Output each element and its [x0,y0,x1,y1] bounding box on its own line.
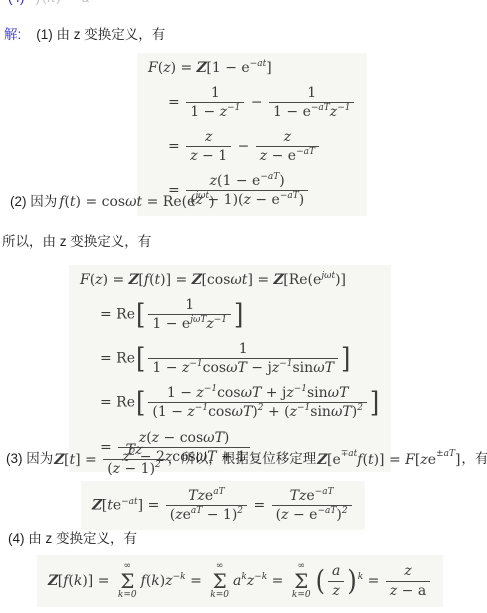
step2-inline-math: f(t) = cosωt = Re(ejωt) [59,194,214,210]
formula-row: Z[te−at] = TzeaT(zeaT − 1)2 = Tze−aT(z −… [92,488,354,523]
step3-inline-math-2: Z[e∓atf(t)] = F[ze±aT] [317,452,460,468]
formula-block-1: F(z) = Z[1 − e−at] = 11 − z−1 − 11 − e−a… [138,54,366,215]
step3-suffix: ，有 [461,451,487,468]
formula-row: Z[f(k)] = ∞Σk=0f(k)z−k = ∞Σk=0akz−k = ∞Σ… [48,562,432,600]
step1-heading-text: (1) 由 z 变换定义，有 [36,27,165,44]
step3-paragraph: (3) 因为 Z[t] = Tz(z − 1)2 ，所以，根据复位移定理 Z[e… [6,442,487,477]
step4-heading-text: (4) 由 z 变换定义，有 [8,531,137,546]
step2-paragraph: (2) 因为 f(t) = cosωt = Re(ejωt) [10,194,215,211]
step2-prefix: (2) 因为 [10,194,57,211]
step2-suoyi-text: 所以，由 z 变换定义，有 [2,234,151,249]
problem-4-label: (4) [8,0,25,7]
formula-block-3: Z[te−at] = TzeaT(zeaT − 1)2 = Tze−aT(z −… [82,482,364,529]
formula-row: = Re[11 − ejωTz−1] [100,297,380,332]
formula-row: = Re[1 − z−1cosωT + jz−1sinωT(1 − z−1cos… [100,385,380,420]
problem-4-cutoff-line: (4) f(k) = ak [8,0,96,7]
formula-row: = 11 − z−1 − 11 − e−aTz−1 [168,85,356,120]
solution-label: 解: [4,27,21,44]
formula-row: F(z) = Z[1 − e−at] [148,60,356,76]
formula-row: = Re[11 − z−1cosωT − jz−1sinωT] [100,341,380,376]
formula-row: F(z) = Z[f(t)] = Z[cosωt] = Z[Re(ejωt)] [80,272,380,288]
step4-heading: (4) 由 z 变换定义，有 [8,530,137,548]
step3-inline-math-1: Z[t] = Tz(z − 1)2 [54,442,167,477]
formula-row: = zz − 1 − zz − e−aT [168,129,356,164]
document-page: (4) f(k) = ak 解: (1) 由 z 变换定义，有 F(z) = Z… [0,0,487,613]
step2-suoyi-line: 所以，由 z 变换定义，有 [2,233,151,251]
problem-4-cutoff-math: f(k) = ak [37,0,96,6]
step3-prefix: (3) 因为 [6,451,53,468]
formula-block-4: Z[f(k)] = ∞Σk=0f(k)z−k = ∞Σk=0akz−k = ∞Σ… [38,556,442,606]
formula-block-2: F(z) = Z[f(t)] = Z[cosωt] = Z[Re(ejωt)] … [70,266,390,471]
solution-step1-heading: 解: (1) 由 z 变换定义，有 [4,27,165,44]
step3-mid: ，所以，根据复位移定理 [168,451,317,468]
